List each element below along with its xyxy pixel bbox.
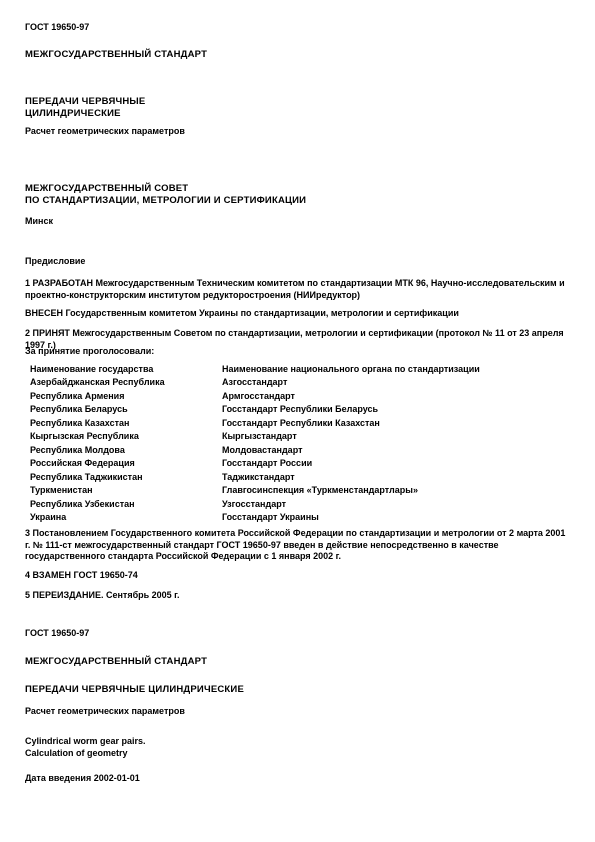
foreword-item-1: 1 РАЗРАБОТАН Межгосударственным Техничес… (25, 278, 573, 301)
doc-title-line2: ЦИЛИНДРИЧЕСКИЕ (25, 108, 121, 120)
english-title-line2: Calculation of geometry (25, 748, 128, 760)
vote-intro: За принятие проголосовали: (25, 346, 154, 358)
country-cell: Республика Молдова (30, 445, 222, 455)
country-column-header: Наименование государства (30, 364, 222, 374)
country-cell: Кыргызская Республика (30, 431, 222, 441)
table-header-row: Наименование государства Наименование на… (30, 362, 575, 376)
country-cell: Республика Казахстан (30, 418, 222, 428)
standards-body-cell: Узгосстандарт (222, 499, 575, 509)
foreword-heading: Предисловие (25, 256, 85, 268)
table-row: Республика Таджикистан Таджикстандарт (30, 470, 575, 484)
doc-number-top: ГОСТ 19650-97 (25, 22, 89, 34)
country-cell: Украина (30, 512, 222, 522)
country-cell: Азербайджанская Республика (30, 377, 222, 387)
standards-body-cell: Азгосстандарт (222, 377, 575, 387)
table-row: Республика Казахстан Госстандарт Республ… (30, 416, 575, 430)
table-row: Украина Госстандарт Украины (30, 511, 575, 525)
country-cell: Республика Узбекистан (30, 499, 222, 509)
standards-body-cell: Молдовастандарт (222, 445, 575, 455)
table-row: Республика Армения Армгосстандарт (30, 389, 575, 403)
standards-body-cell: Госстандарт Республики Беларусь (222, 404, 575, 414)
foreword-item-5: 5 ПЕРЕИЗДАНИЕ. Сентябрь 2005 г. (25, 590, 180, 602)
doc-subtitle: Расчет геометрических параметров (25, 126, 185, 138)
table-row: Российская Федерация Госстандарт России (30, 457, 575, 471)
doc-number-repeat: ГОСТ 19650-97 (25, 628, 89, 640)
table-row: Азербайджанская Республика Азгосстандарт (30, 376, 575, 390)
doc-title-line1: ПЕРЕДАЧИ ЧЕРВЯЧНЫЕ (25, 96, 145, 108)
english-title-line1: Cylindrical worm gear pairs. (25, 736, 146, 748)
country-cell: Республика Армения (30, 391, 222, 401)
table-row: Республика Молдова Молдовастандарт (30, 443, 575, 457)
country-cell: Республика Таджикистан (30, 472, 222, 482)
effective-date: Дата введения 2002-01-01 (25, 773, 140, 785)
standard-kind-heading: МЕЖГОСУДАРСТВЕННЫЙ СТАНДАРТ (25, 49, 207, 61)
table-row: Кыргызская Республика Кыргызстандарт (30, 430, 575, 444)
standards-body-cell: Госстандарт Республики Казахстан (222, 418, 575, 428)
table-row: Республика Узбекистан Узгосстандарт (30, 497, 575, 511)
country-cell: Республика Беларусь (30, 404, 222, 414)
standards-body-cell: Госстандарт России (222, 458, 575, 468)
standards-body-cell: Главгосинспекция «Туркменстандартлары» (222, 485, 575, 495)
council-line2: ПО СТАНДАРТИЗАЦИИ, МЕТРОЛОГИИ И СЕРТИФИК… (25, 195, 306, 207)
standards-body-cell: Госстандарт Украины (222, 512, 575, 522)
standards-body-cell: Армгосстандарт (222, 391, 575, 401)
standard-kind-repeat: МЕЖГОСУДАРСТВЕННЫЙ СТАНДАРТ (25, 656, 207, 668)
standards-body-column-header: Наименование национального органа по ста… (222, 364, 575, 374)
doc-title-repeat: ПЕРЕДАЧИ ЧЕРВЯЧНЫЕ ЦИЛИНДРИЧЕСКИЕ (25, 684, 244, 696)
standards-body-cell: Таджикстандарт (222, 472, 575, 482)
foreword-item-3: 3 Постановлением Государственного комите… (25, 528, 573, 563)
foreword-item-4: 4 ВЗАМЕН ГОСТ 19650-74 (25, 570, 138, 582)
table-row: Туркменистан Главгосинспекция «Туркменст… (30, 484, 575, 498)
council-city: Минск (25, 216, 53, 228)
country-cell: Туркменистан (30, 485, 222, 495)
vote-table: Наименование государства Наименование на… (30, 362, 575, 524)
foreword-item-1b: ВНЕСЕН Государственным комитетом Украины… (25, 308, 573, 320)
doc-subtitle-repeat: Расчет геометрических параметров (25, 706, 185, 718)
council-line1: МЕЖГОСУДАРСТВЕННЫЙ СОВЕТ (25, 183, 188, 195)
table-row: Республика Беларусь Госстандарт Республи… (30, 403, 575, 417)
standards-body-cell: Кыргызстандарт (222, 431, 575, 441)
country-cell: Российская Федерация (30, 458, 222, 468)
